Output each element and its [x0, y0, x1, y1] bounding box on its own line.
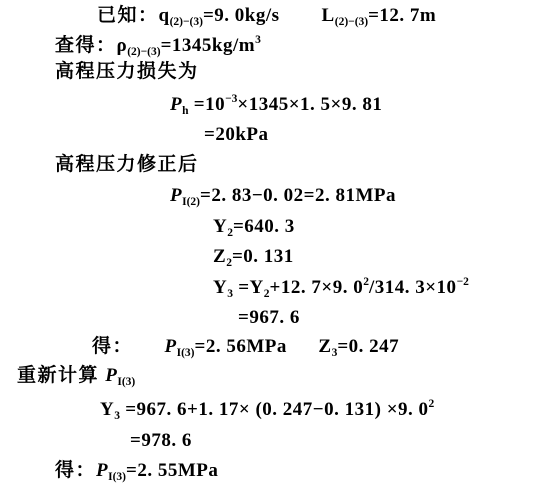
- text-segment: (2)−(3): [170, 16, 203, 28]
- text-segment: =20kPa: [204, 124, 269, 145]
- text-segment: Y: [213, 277, 227, 298]
- text-segment: (2)−(3): [127, 46, 160, 58]
- text-segment: =0. 131: [232, 246, 294, 267]
- document-page: 已知：q(2)−(3)=9. 0kg/s L(2)−(3)=12. 7m查得：ρ…: [0, 0, 538, 489]
- line-y3-recalc-result: =978. 6: [130, 431, 192, 452]
- text-segment: =967. 6+1. 17× (0. 247−0. 131) ×9. 0: [120, 399, 429, 420]
- text-segment: P: [96, 460, 108, 481]
- line-ph-equation: Ph =10−3×1345×1. 5×9. 81: [170, 93, 382, 118]
- text-segment: =10: [189, 94, 226, 115]
- text-segment: Z: [318, 336, 331, 357]
- text-segment: =978. 6: [130, 430, 192, 451]
- text-segment: P: [170, 185, 182, 206]
- line-y3-result: =967. 6: [238, 308, 300, 329]
- line-z2-value: Z2=0. 131: [213, 247, 294, 270]
- line-pi2-equation: PI(2)=2. 83−0. 02=2. 81MPa: [170, 186, 396, 209]
- text-segment: P: [165, 336, 177, 357]
- line-pi3-first-result: 得： PI(3)=2. 56MPa Z3=0. 247: [92, 337, 399, 360]
- text-segment: I(3): [117, 376, 135, 388]
- text-segment: [287, 336, 319, 357]
- text-segment: 已知：: [97, 5, 159, 26]
- text-segment: I(3): [177, 347, 195, 359]
- text-segment: P: [170, 94, 182, 115]
- text-segment: +12. 7×9. 0: [270, 277, 364, 298]
- text-segment: −2: [457, 276, 469, 288]
- line-heading-elevation-loss: 高程压力损失为: [55, 62, 199, 83]
- text-segment: =9. 0kg/s: [203, 5, 280, 26]
- text-segment: /314. 3×10: [369, 277, 457, 298]
- line-pi3-final-result: 得：PI(3)=2. 55MPa: [55, 461, 218, 484]
- text-segment: Y: [213, 216, 227, 237]
- text-segment: L: [322, 5, 335, 26]
- text-segment: ×1345×1. 5×9. 81: [237, 94, 382, 115]
- text-segment: Y: [100, 399, 114, 420]
- text-segment: =2. 56MPa: [195, 336, 287, 357]
- text-segment: Z: [213, 246, 226, 267]
- text-segment: =1345kg/m: [161, 35, 256, 56]
- text-segment: =12. 7m: [368, 5, 436, 26]
- line-y3-equation: Y3 =Y2+12. 7×9. 02/314. 3×10−2: [213, 276, 469, 301]
- text-segment: [280, 5, 322, 26]
- line-y2-value: Y2=640. 3: [213, 217, 295, 240]
- line-heading-elevation-corrected: 高程压力修正后: [55, 155, 199, 176]
- text-segment: 高程压力修正后: [55, 154, 199, 175]
- text-segment: q: [159, 5, 170, 26]
- text-segment: 得：: [55, 460, 96, 481]
- text-segment: =640. 3: [233, 216, 295, 237]
- text-segment: =2. 55MPa: [126, 460, 218, 481]
- text-segment: =0. 247: [337, 336, 399, 357]
- text-segment: =2. 83−0. 02=2. 81MPa: [200, 185, 396, 206]
- text-segment: 查得：: [55, 35, 117, 56]
- text-segment: 重新计算: [17, 365, 105, 386]
- text-segment: ρ: [117, 35, 128, 56]
- text-segment: =967. 6: [238, 307, 300, 328]
- line-y3-recalc-equation: Y3 =967. 6+1. 17× (0. 247−0. 131) ×9. 02: [100, 398, 434, 423]
- text-segment: I(2): [182, 196, 200, 208]
- text-segment: 2: [429, 398, 435, 410]
- text-segment: 高程压力损失为: [55, 61, 199, 82]
- text-segment: [133, 336, 165, 357]
- text-segment: P: [105, 365, 117, 386]
- line-recalculate-heading: 重新计算 PI(3): [17, 366, 135, 389]
- text-segment: 得：: [92, 336, 133, 357]
- text-segment: =Y: [233, 277, 264, 298]
- line-ph-result: =20kPa: [204, 125, 269, 146]
- line-given-values: 已知：q(2)−(3)=9. 0kg/s L(2)−(3)=12. 7m: [97, 6, 436, 29]
- text-segment: I(3): [108, 471, 126, 483]
- text-segment: (2)−(3): [335, 16, 368, 28]
- text-segment: −3: [225, 93, 237, 105]
- text-segment: 3: [255, 34, 261, 46]
- line-density-lookup: 查得：ρ(2)−(3)=1345kg/m3: [55, 34, 261, 59]
